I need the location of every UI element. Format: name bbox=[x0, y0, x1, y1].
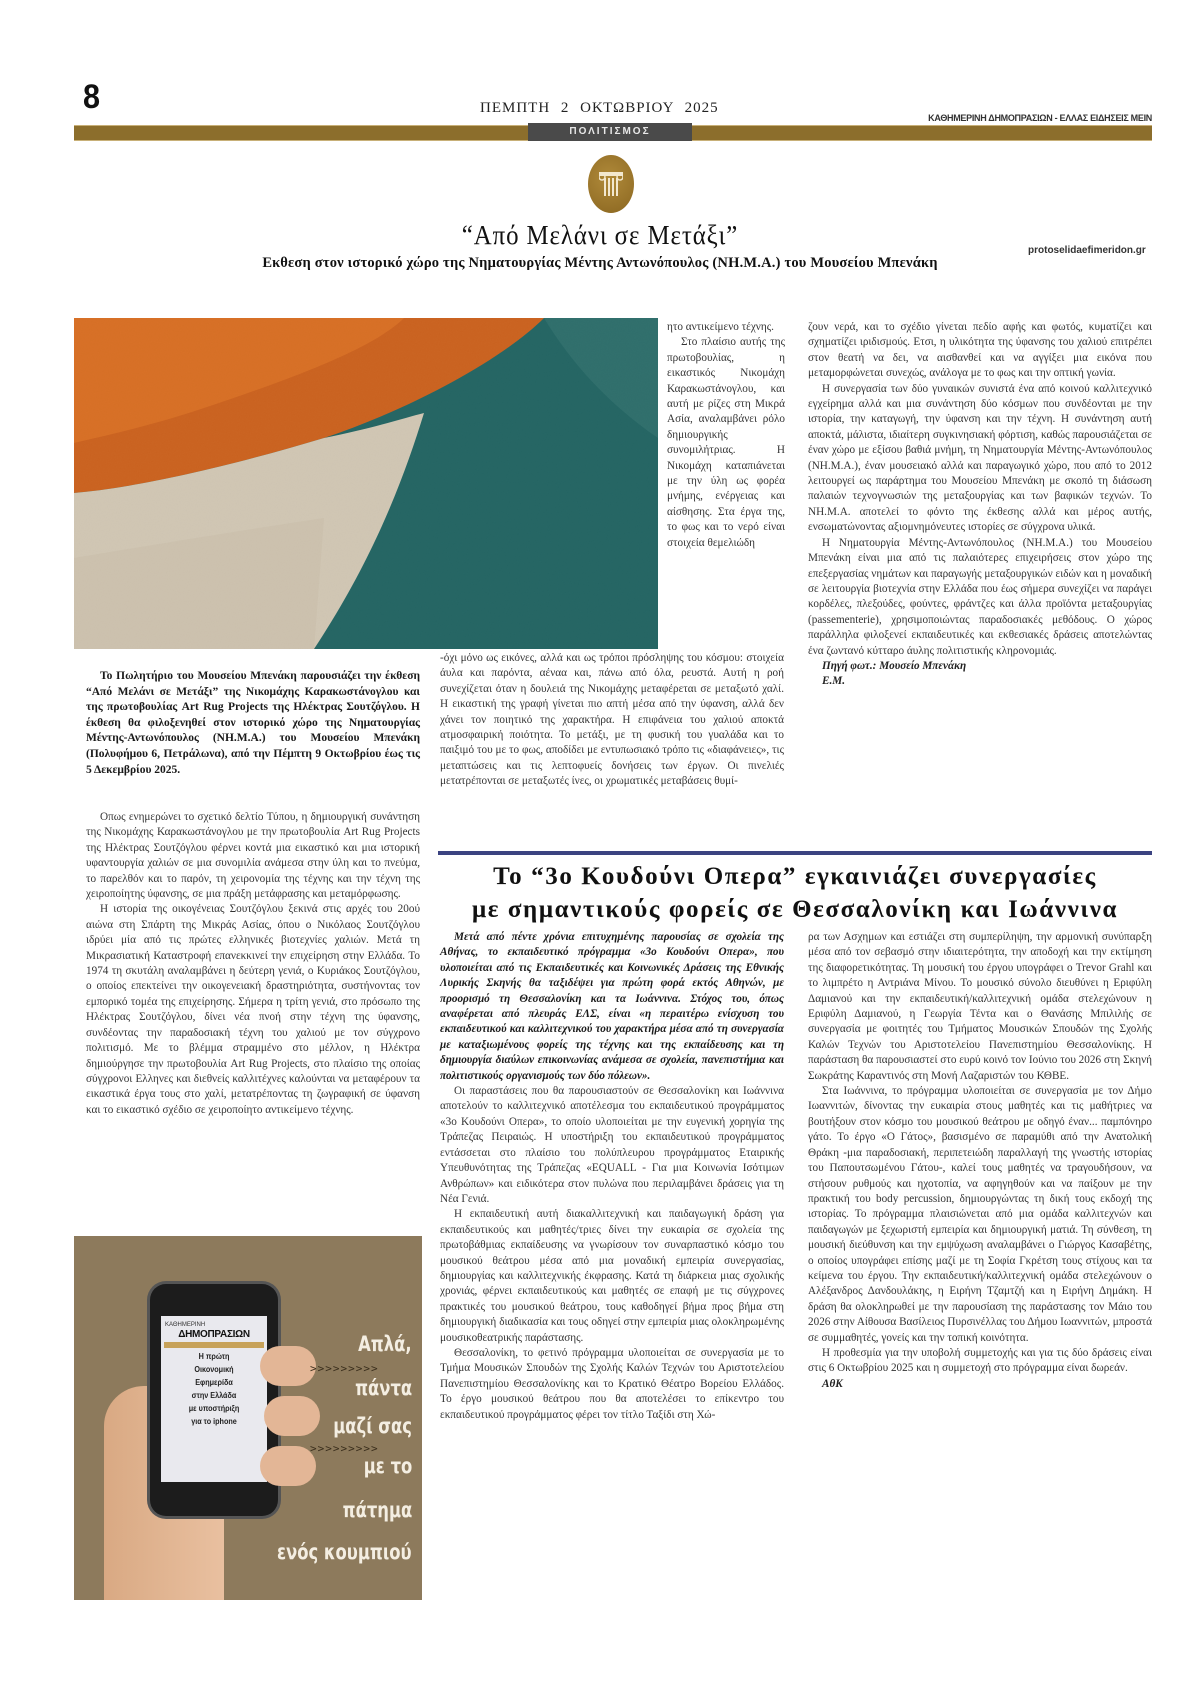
paragraph: Στα Ιωάννινα, το πρόγραμμα υλοποιείται σ… bbox=[808, 1084, 1152, 1346]
paragraph: ητο αντικείμενο τέχνης. bbox=[667, 320, 785, 335]
paragraph: Θεσσαλονίκη, το φετινό πρόγραμμα υλοποιε… bbox=[440, 1346, 784, 1423]
paragraph: Οπως ενημερώνει το σχετικό δελτίο Τύπου,… bbox=[86, 810, 420, 902]
arrow-decoration: >>>>>>>>> bbox=[310, 1362, 379, 1375]
slogan-line: μαζί σας bbox=[333, 1414, 412, 1438]
article-column-3: ζουν νερά, και το σχέδιο γίνεται πεδίο α… bbox=[808, 320, 1152, 690]
paragraph: -όχι μόνο ως εικόνες, αλλά και ως τρόποι… bbox=[440, 651, 784, 790]
article-column-2: -όχι μόνο ως εικόνες, αλλά και ως τρόποι… bbox=[440, 651, 784, 790]
slogan-line: πάτημα bbox=[342, 1498, 412, 1522]
screen-line: Η πρώτη bbox=[169, 1350, 259, 1363]
title-line-1: Το “3ο Κουδούνι Οπερα” εγκαινιάζει συνερ… bbox=[438, 860, 1152, 893]
screen-band bbox=[164, 1342, 264, 1348]
advertisement[interactable]: ΚΑΘΗΜΕΡΙΝΗ ΔΗΜΟΠΡΑΣΙΩΝ Η πρώτη Οικονομικ… bbox=[74, 1236, 422, 1600]
section-label: ΠΟΛΙΤΙΣΜΟΣ bbox=[528, 123, 692, 141]
rug-photo bbox=[74, 318, 658, 649]
phone-screen: ΚΑΘΗΜΕΡΙΝΗ ΔΗΜΟΠΡΑΣΙΩΝ Η πρώτη Οικονομικ… bbox=[161, 1316, 267, 1482]
paragraph: Στο πλαίσιο αυτής της πρωτοβουλίας, η ει… bbox=[667, 335, 785, 551]
paragraph: ζουν νερά, και το σχέδιο γίνεται πεδίο α… bbox=[808, 320, 1152, 382]
screen-brand: ΔΗΜΟΠΡΑΣΙΩΝ bbox=[161, 1329, 267, 1340]
finger bbox=[264, 1396, 320, 1436]
article-column-1: Οπως ενημερώνει το σχετικό δελτίο Τύπου,… bbox=[86, 810, 420, 1118]
article2-column-2: ρα των Ασχημων και εστιάζει στη συμπερίλ… bbox=[808, 930, 1152, 1392]
slogan-line: Απλά, bbox=[359, 1332, 412, 1356]
author-initials: ΑθΚ bbox=[808, 1377, 1152, 1392]
paragraph: Η συνεργασία των δύο γυναικών συνιστά έν… bbox=[808, 382, 1152, 536]
article-narrow-column: ητο αντικείμενο τέχνης. Στο πλαίσιο αυτή… bbox=[667, 320, 785, 551]
article-lead: Το Πωλητήριο του Μουσείου Μπενάκη παρουσ… bbox=[86, 669, 420, 778]
screen-line: Οικονομική bbox=[169, 1363, 259, 1376]
screen-brand-small: ΚΑΘΗΜΕΡΙΝΗ bbox=[161, 1322, 267, 1328]
paragraph: Η Νηματουργία Μέντης-Αντωνόπουλος (ΝΗ.Μ.… bbox=[808, 536, 1152, 659]
paragraph: Η εκπαιδευτική αυτή διακαλλιτεχνική και … bbox=[440, 1207, 784, 1346]
source-credit: protoselidaefimeridon.gr bbox=[1028, 245, 1146, 256]
article2-column-1: Μετά από πέντε χρόνια επιτυχημένης παρου… bbox=[440, 930, 784, 1423]
screen-line: με υποστήριξη bbox=[169, 1402, 259, 1415]
photo-credit: Πηγή φωτ.: Μουσείο Μπενάκη bbox=[808, 659, 1152, 674]
paragraph: Η προθεσμία για την υποβολή συμμετοχής κ… bbox=[808, 1346, 1152, 1377]
slogan-line: με το bbox=[363, 1454, 412, 1478]
slogan-line: πάντα bbox=[355, 1376, 412, 1400]
article-subtitle: Εκθεση στον ιστορικό χώρο της Νηματουργί… bbox=[0, 255, 1200, 272]
ionic-column-icon bbox=[588, 155, 634, 213]
slogan-line: ενός κουμπιού bbox=[277, 1540, 412, 1564]
author-initials: Ε.Μ. bbox=[808, 674, 1152, 689]
page-number: 8 bbox=[83, 78, 100, 117]
finger bbox=[260, 1346, 316, 1386]
title-line-2: με σημαντικούς φορείς σε Θεσσαλονίκη και… bbox=[438, 893, 1152, 926]
article2-title: Το “3ο Κουδούνι Οπερα” εγκαινιάζει συνερ… bbox=[438, 860, 1152, 926]
paragraph: Η ιστορία της οικογένειας Σουτζόγλου ξεκ… bbox=[86, 902, 420, 1118]
screen-line: για το iphone bbox=[169, 1415, 259, 1428]
article2-lead: Μετά από πέντε χρόνια επιτυχημένης παρου… bbox=[440, 930, 784, 1084]
masthead-logo: ΚΑΘΗΜΕΡΙΝΗ ΔΗΜΟΠΡΑΣΙΩΝ - ΕΛΛΑΣ ΕΙΔΗΣΕΙΣ … bbox=[928, 113, 1152, 123]
article-title: “Από Μελάνι σε Μετάξι” bbox=[48, 220, 1152, 251]
issue-date: ΠΕΜΠΤΗ 2 ΟΚΤΩΒΡΙΟΥ 2025 bbox=[480, 100, 719, 117]
finger bbox=[260, 1446, 316, 1486]
paragraph: Οι παραστάσεις που θα παρουσιαστούν σε Θ… bbox=[440, 1084, 784, 1207]
paragraph: ρα των Ασχημων και εστιάζει στη συμπερίλ… bbox=[808, 930, 1152, 1084]
phone-illustration: ΚΑΘΗΜΕΡΙΝΗ ΔΗΜΟΠΡΑΣΙΩΝ Η πρώτη Οικονομικ… bbox=[150, 1284, 278, 1516]
article-divider bbox=[438, 851, 1152, 855]
screen-line: στην Ελλάδα bbox=[169, 1389, 259, 1402]
screen-line: Εφημερίδα bbox=[169, 1376, 259, 1389]
